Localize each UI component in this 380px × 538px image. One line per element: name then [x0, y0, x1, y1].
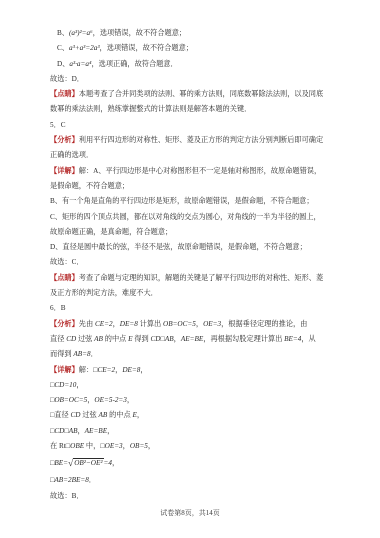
- doc-line: 是假命题，不符合题意；: [50, 179, 338, 194]
- math-segment: AB=2BE=8: [54, 476, 88, 484]
- doc-line: D、a³·a=a⁴，选项正确，故符合题意．: [50, 57, 338, 72]
- text-segment: 解：□: [79, 366, 98, 374]
- text-segment: B、有一个角是直角的平行四边形是矩形，故原命题错误，是假命题，不符合题意；: [50, 197, 314, 205]
- doc-line: 在 Rt□OBE 中，□OE=3，OB=5，: [50, 439, 338, 454]
- doc-line: 【详解】解：A、平行四边形是中心对称图形但不一定是轴对称图形，故原命题错误，: [50, 164, 338, 179]
- text-segment: 先由: [79, 320, 95, 328]
- doc-line: 【详解】解：□CE=2，DE=8，: [50, 363, 338, 378]
- doc-line: 【分析】先由 CE=2，DE=8 计算出 OB=OC=5，OE=3，根据垂径定理…: [50, 317, 338, 332]
- doc-line: C、矩形的四个顶点共圆，都在以对角线的交点为圆心，对角线的一半为半径的圆上，: [50, 210, 338, 225]
- doc-line: □直径 CD 过弦 AB 的中点 E，: [50, 408, 338, 423]
- doc-line: D、直径是圆中最长的弦，半径不是弦，故原命题错误，是假命题，不符合题意；: [50, 240, 338, 255]
- text-segment: 6．B: [50, 304, 66, 312]
- math-segment: AB=8: [73, 350, 90, 358]
- math-segment: OE=3: [105, 442, 123, 450]
- text-segment: D、直径是圆中最长的弦，半径不是弦，故原命题错误，是假命题，不符合题意；: [50, 243, 307, 251]
- math-segment: BE=: [54, 459, 68, 467]
- radicand: OB²−OE²: [73, 458, 103, 467]
- doc-line: 故选：B．: [50, 489, 338, 504]
- section-label: 【点睛】: [50, 274, 79, 282]
- text-segment: ，选项错误，故不符合题意；: [100, 44, 193, 52]
- text-segment: ，: [107, 427, 114, 435]
- text-segment: 直径: [50, 335, 66, 343]
- doc-line: B、(a³)²=a⁶，选项错误，故不符合题意；: [50, 26, 338, 41]
- math-segment: AE=BE: [181, 335, 203, 343]
- math-segment: AE=BE: [85, 427, 107, 435]
- doc-line: 数幂的乘法法则，熟练掌握整式的计算法则是解答本题的关键．: [50, 102, 338, 117]
- text-segment: 数幂的乘法法则，熟练掌握整式的计算法则是解答本题的关键．: [50, 105, 251, 113]
- text-segment: 及正方形的判定方法，难度不大．: [50, 289, 158, 297]
- text-segment: ．: [91, 350, 98, 358]
- text-segment: ，: [76, 381, 83, 389]
- doc-line: □BE=√OB²−OE²=4，: [50, 454, 338, 473]
- text-segment: ，: [123, 442, 130, 450]
- doc-line: B、有一个角是直角的平行四边形是矩形，故原命题错误，是假命题，不符合题意；: [50, 194, 338, 209]
- text-segment: B、: [57, 29, 69, 37]
- doc-line: □CD=10，: [50, 378, 338, 393]
- text-segment: □直径: [50, 411, 71, 419]
- section-label: 【点睛】: [50, 90, 79, 98]
- text-segment: C、: [57, 44, 69, 52]
- math-segment: CD: [54, 427, 64, 435]
- math-segment: =4: [104, 459, 112, 467]
- text-segment: 利用平行四边形的对称性、矩形、菱及正方形的判定方法分别判断后即可确定: [79, 136, 323, 144]
- math-segment: CD: [151, 335, 161, 343]
- doc-line: 及正方形的判定方法，难度不大．: [50, 286, 338, 301]
- doc-line: 6．B: [50, 301, 338, 316]
- text-segment: 故选：B．: [50, 492, 84, 500]
- text-segment: ．: [89, 476, 96, 484]
- text-segment: 考查了命题与定理的知识，解题的关键是了解平行四边形的对称性、矩形、菱: [79, 274, 323, 282]
- answer-document: B、(a³)²=a⁶，选项错误，故不符合题意；C、a³+a³=2a³，选项错误，…: [50, 26, 338, 504]
- math-segment: AB: [94, 335, 103, 343]
- doc-line: 故选：D．: [50, 72, 338, 87]
- math-segment: CE=2: [95, 320, 113, 328]
- text-segment: 中，□: [84, 442, 105, 450]
- doc-line: 【分析】利用平行四边形的对称性、矩形、菱及正方形的判定方法分别判断后即可确定: [50, 133, 338, 148]
- text-segment: 正确的选项．: [50, 151, 93, 159]
- math-segment: OBE: [70, 442, 84, 450]
- math-segment: CE=2: [97, 366, 115, 374]
- text-segment: 而得到: [50, 350, 73, 358]
- doc-line: □AB=2BE=8．: [50, 473, 338, 488]
- math-segment: CD: [66, 335, 76, 343]
- text-segment: ，选项错误，故不符合题意；: [93, 29, 186, 37]
- math-segment: (a³)²=a⁶: [69, 29, 93, 37]
- text-segment: D、: [57, 60, 69, 68]
- section-label: 【分析】: [50, 320, 79, 328]
- doc-line: 而得到 AB=8．: [50, 347, 338, 362]
- text-segment: ，: [148, 442, 155, 450]
- math-segment: OB=OC=5: [54, 396, 87, 404]
- text-segment: 故选：C．: [50, 258, 84, 266]
- text-segment: ，: [113, 320, 120, 328]
- text-segment: ，: [77, 427, 84, 435]
- doc-line: 故原命题正确，是真命题，符合题意；: [50, 225, 338, 240]
- text-segment: ，: [127, 396, 134, 404]
- text-segment: 的中点: [103, 335, 128, 343]
- section-label: 【分析】: [50, 136, 79, 144]
- doc-line: 【点睛】本题考查了合并同类项的法则、幂的乘方法则，同底数幂除法法则，以及同底: [50, 87, 338, 102]
- doc-line: 5．C: [50, 118, 338, 133]
- text-segment: 是假命题，不符合题意；: [50, 182, 129, 190]
- math-segment: AB: [165, 335, 174, 343]
- math-segment: DE=8: [122, 366, 140, 374]
- text-segment: 本题考查了合并同类项的法则、幂的乘方法则，同底数幂除法法则，以及同底: [79, 90, 323, 98]
- text-segment: 在 Rt□: [50, 442, 70, 450]
- doc-line: C、a³+a³=2a³，选项错误，故不符合题意；: [50, 41, 338, 56]
- text-segment: 5．C: [50, 121, 66, 129]
- text-segment: 过弦: [76, 335, 94, 343]
- text-segment: 的中点: [107, 411, 132, 419]
- math-segment: OB=OC=5: [163, 320, 196, 328]
- text-segment: ，选项正确，故符合题意．: [91, 60, 177, 68]
- text-segment: ，: [174, 335, 181, 343]
- text-segment: 计算出: [138, 320, 163, 328]
- text-segment: 得到: [133, 335, 151, 343]
- math-segment: a³+a³=2a³: [69, 44, 100, 52]
- doc-line: □OB=OC=5，OE=5-2=3，: [50, 393, 338, 408]
- text-segment: ，再根据勾股定理计算出: [203, 335, 284, 343]
- text-segment: 故原命题正确，是真命题，符合题意；: [50, 228, 172, 236]
- text-segment: 解：A、平行四边形是中心对称图形但不一定是轴对称图形，故原命题错误，: [79, 167, 321, 175]
- doc-line: 直径 CD 过弦 AB 的中点 E 得到 CD□AB，AE=BE，再根据勾股定理…: [50, 332, 338, 347]
- math-segment: DE=8: [120, 320, 138, 328]
- math-segment: a³·a=a⁴: [69, 60, 91, 68]
- text-segment: ，: [140, 366, 147, 374]
- doc-line: □CD□AB，AE=BE，: [50, 424, 338, 439]
- exam-answer-page: B、(a³)²=a⁶，选项错误，故不符合题意；C、a³+a³=2a³，选项错误，…: [0, 0, 380, 538]
- doc-line: 正确的选项．: [50, 148, 338, 163]
- math-segment: CD=10: [54, 381, 76, 389]
- page-footer: 试卷第8页，共14页: [0, 508, 380, 518]
- text-segment: ，根据垂径定理的推论，由: [221, 320, 307, 328]
- doc-line: 故选：C．: [50, 255, 338, 270]
- text-segment: C、矩形的四个顶点共圆，都在以对角线的交点为圆心，对角线的一半为半径的圆上，: [50, 213, 321, 221]
- section-label: 【详解】: [50, 366, 79, 374]
- math-segment: AB: [99, 411, 108, 419]
- section-label: 【详解】: [50, 167, 79, 175]
- math-segment: OE=3: [203, 320, 221, 328]
- text-segment: ，: [196, 320, 203, 328]
- text-segment: ，从: [301, 335, 315, 343]
- text-segment: ，: [112, 459, 119, 467]
- text-segment: ，: [137, 411, 144, 419]
- math-segment: OE=5-2=3: [94, 396, 126, 404]
- text-segment: 过弦: [81, 411, 99, 419]
- math-segment: OB=5: [130, 442, 148, 450]
- doc-line: 【点睛】考查了命题与定理的知识，解题的关键是了解平行四边形的对称性、矩形、菱: [50, 271, 338, 286]
- text-segment: 故选：D．: [50, 75, 84, 83]
- math-segment: CD: [71, 411, 81, 419]
- math-segment: BE=4: [284, 335, 301, 343]
